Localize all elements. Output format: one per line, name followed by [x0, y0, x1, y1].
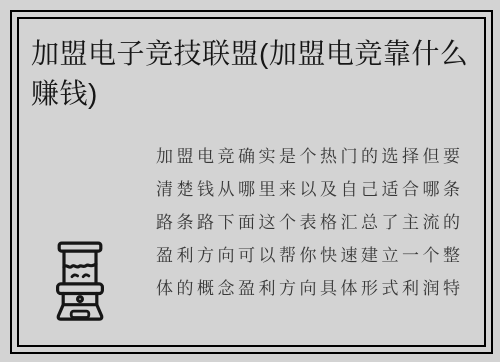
coffee-grinder-icon: [56, 241, 104, 322]
article-content: 加盟电竞确实是个热门的选择但要 清楚钱从哪里来以及自己适合哪条 路条路下面这个表…: [31, 141, 472, 331]
page-frame-inner: 加盟电子竞技联盟(加盟电竞靠什么赚钱): [17, 17, 486, 347]
article-body: 加盟电竞确实是个热门的选择但要 清楚钱从哪里来以及自己适合哪条 路条路下面这个表…: [156, 141, 472, 306]
body-text-line: 加盟电竞确实是个热门的选择但要: [156, 141, 472, 174]
page-background: { "page": { "background_color": "#d3d3d3…: [0, 0, 500, 362]
body-text-line: 体的概念盈利方向具体形式利润特: [156, 273, 472, 306]
body-text-line: 路条路下面这个表格汇总了主流的: [156, 207, 472, 240]
body-text-line: 清楚钱从哪里来以及自己适合哪条: [156, 174, 472, 207]
body-text-line: 盈利方向可以帮你快速建立一个整: [156, 240, 472, 273]
article-title: 加盟电子竞技联盟(加盟电竞靠什么赚钱): [31, 34, 472, 114]
page-frame-outer: 加盟电子竞技联盟(加盟电竞靠什么赚钱): [10, 10, 493, 354]
